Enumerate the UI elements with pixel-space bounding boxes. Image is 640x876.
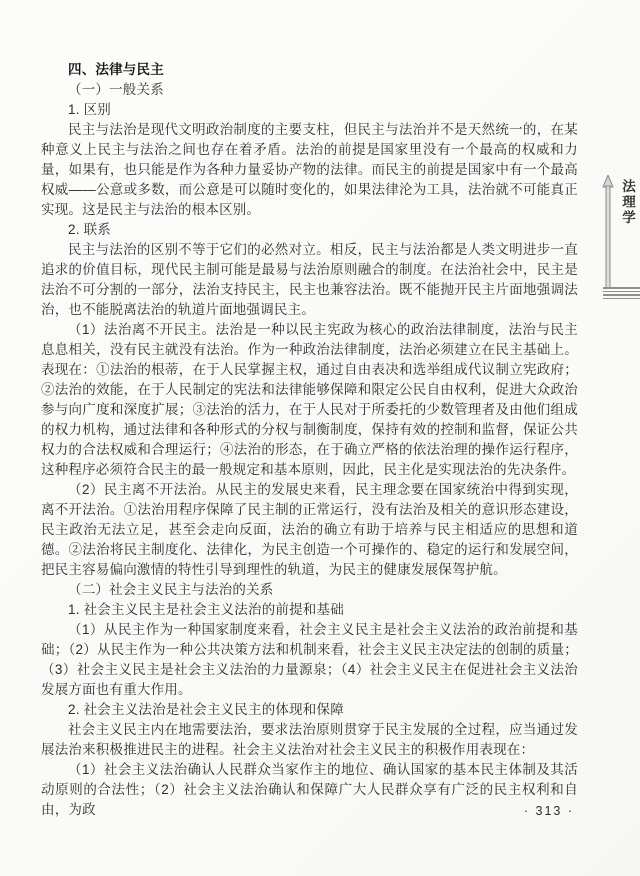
list-item-socialist-rule-of-law-guarantee: 2. 社会主义法治是社会主义民主的体现和保障 [41, 700, 578, 720]
paragraph-rule-of-law-needs-democracy: （1）法治离不开民主。法治是一种以民主宪政为核心的政治法律制度，法治与民主息息相… [41, 320, 578, 480]
paragraph-socialist-rule-of-law-intro: 社会主义民主内在地需要法治，要求法治原则贯穿于民主发展的全过程，应当通过发展法治… [41, 720, 578, 760]
side-tab-part-three: 第三部分 法理学 [600, 175, 640, 301]
side-tab-subject-label: 法理学 [620, 179, 635, 226]
paragraph-socialist-rule-of-law-points: （1）社会主义法治确认人民群众当家作主的地位、确认国家的基本民主体制及其活动原则… [41, 760, 578, 820]
list-item-distinction: 1. 区别 [41, 100, 578, 120]
list-item-connection: 2. 联系 [41, 220, 578, 240]
list-item-socialist-democracy-basis: 1. 社会主义民主是社会主义法治的前提和基础 [41, 600, 578, 620]
subsection-heading-general-relation: （一）一般关系 [41, 80, 578, 100]
paragraph-connection: 民主与法治的区别不等于它们的必然对立。相反，民主与法治都是人类文明进步一直追求的… [41, 240, 578, 320]
main-text-column: 四、法律与民主 （一）一般关系 1. 区别 民主与法治是现代文明政治制度的主要支… [41, 60, 578, 820]
side-tab-labels: 第三部分 法理学 [617, 179, 640, 283]
book-page: 四、法律与民主 （一）一般关系 1. 区别 民主与法治是现代文明政治制度的主要支… [0, 0, 640, 876]
page-number: · 313 · [524, 804, 574, 818]
subsection-heading-socialist-relation: （二）社会主义民主与法治的关系 [41, 580, 578, 600]
paragraph-socialist-democracy-basis: （1）从民主作为一种国家制度来看，社会主义民主是社会主义法治的政治前提和基础；（… [41, 620, 578, 700]
up-arrow-icon [602, 175, 614, 289]
paragraph-distinction: 民主与法治是现代文明政治制度的主要支柱，但民主与法治并不是天然统一的，在某种意义… [41, 120, 578, 220]
paragraph-democracy-needs-rule-of-law: （2）民主离不开法治。从民主的发展史来看，民主理念要在国家统治中得到实现，离不开… [41, 480, 578, 580]
section-heading: 四、法律与民主 [41, 60, 578, 80]
side-tab-rule-lines [603, 285, 640, 299]
